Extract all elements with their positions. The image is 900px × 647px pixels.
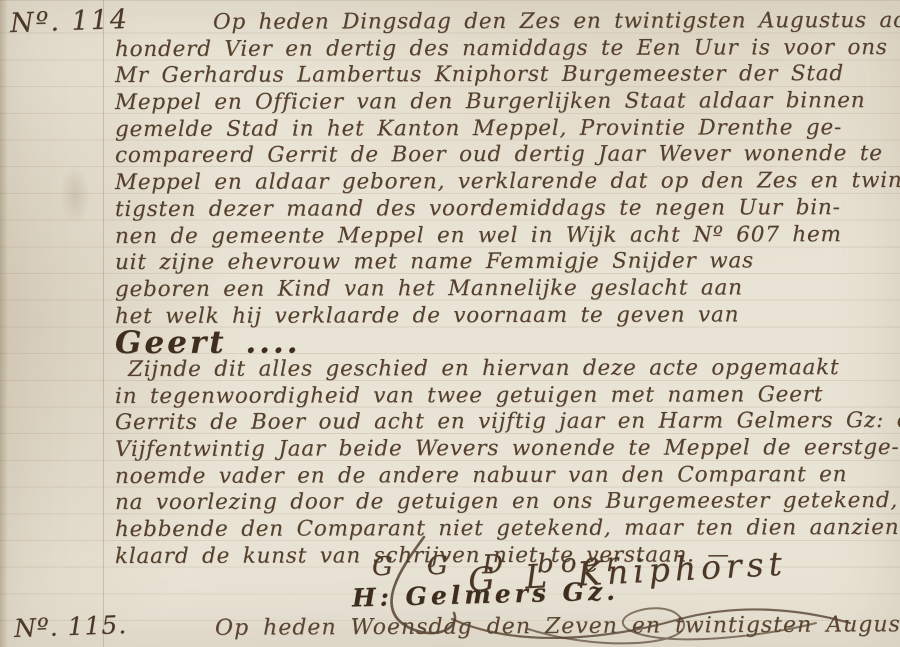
child-name-line: Geert .... xyxy=(115,328,893,357)
act-line: tigsten dezer maand des voordemiddags te… xyxy=(115,195,893,224)
act-line: in tegenwoordigheid van twee getuigen me… xyxy=(115,382,893,411)
act-line: nen de gemeente Meppel en wel in Wijk ac… xyxy=(115,221,893,250)
act-line: gemelde Stad in het Kanton Meppel, Provi… xyxy=(115,115,893,144)
act-114-body: Op heden Dingsdag den Zes en twintigsten… xyxy=(115,9,893,569)
paper-edge xyxy=(0,0,8,647)
act-line: noemde vader en de andere nabuur van den… xyxy=(115,462,893,491)
act-line: uit zijne ehevrouw met name Femmigje Sni… xyxy=(115,248,893,277)
act-line: geboren een Kind van het Mannelijke gesl… xyxy=(115,275,893,304)
act-line: na voorlezing door de getuigen en ons Bu… xyxy=(115,488,893,517)
act-line: Zijnde dit alles geschied en hiervan dez… xyxy=(115,355,893,384)
margin-rule xyxy=(103,0,104,647)
act-line: honderd Vier en dertig des namiddags te … xyxy=(115,35,893,64)
paper-smudge xyxy=(60,165,90,225)
document-page: Nº. 114 Op heden Dingsdag den Zes en twi… xyxy=(0,0,900,647)
act-line: Op heden Dingsdag den Zes en twintigsten… xyxy=(115,8,893,37)
act-line: hebbende den Comparant niet getekend, ma… xyxy=(115,515,893,544)
act-line: compareerd Gerrit de Boer oud dertig Jaa… xyxy=(115,141,893,170)
act-line: Meppel en Officier van den Burgerlijken … xyxy=(115,88,893,117)
record-number-114: Nº. 114 xyxy=(9,4,129,39)
act-line: Gerrits de Boer oud acht en vijftig jaar… xyxy=(115,408,893,437)
next-act-first-line: Op heden Woensdag den Zeven en twintigst… xyxy=(215,612,900,641)
act-line: Meppel en aldaar geboren, verklarende da… xyxy=(115,168,893,197)
act-line: Mr Gerhardus Lambertus Kniphorst Burgeme… xyxy=(115,61,893,90)
act-line: Vijfentwintig Jaar beide Wevers wonende … xyxy=(115,435,893,464)
record-number-115: Nº. 115. xyxy=(14,610,128,643)
